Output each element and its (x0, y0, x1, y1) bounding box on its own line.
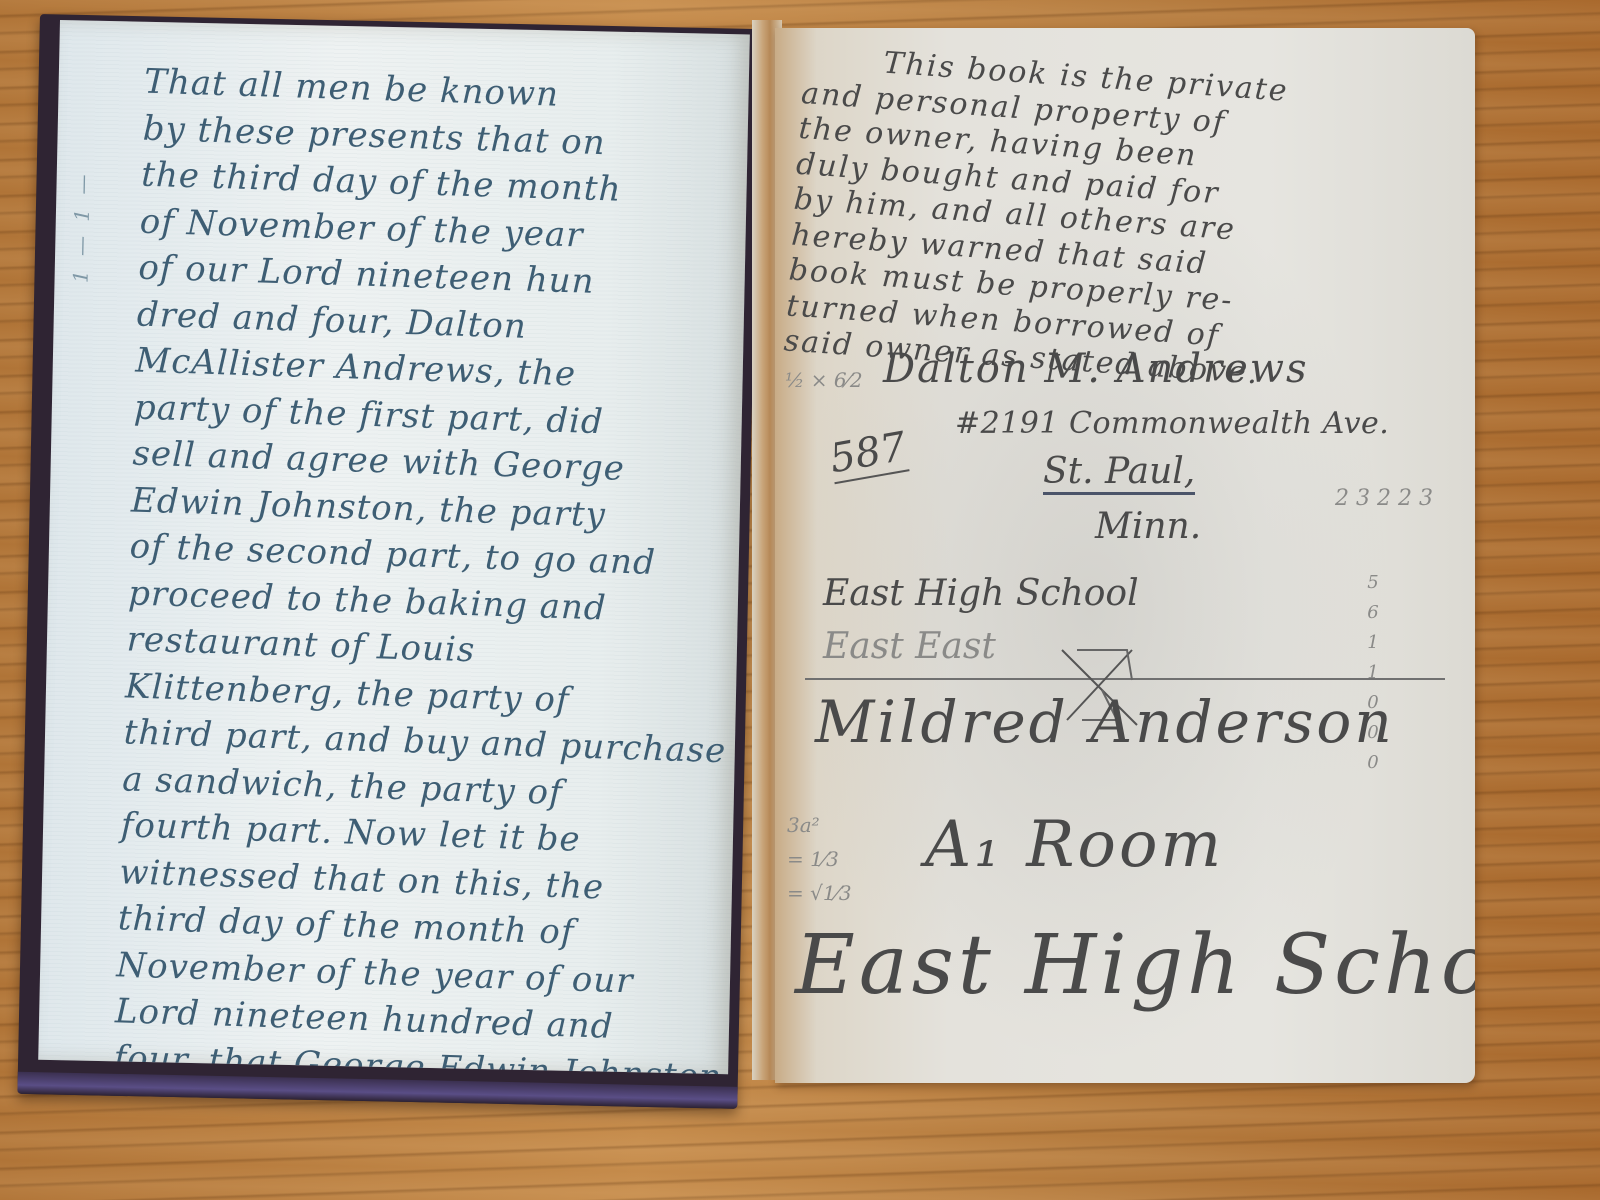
margin-tally: 5 6 1 1 0 0 0 (1353, 568, 1393, 778)
right-page: This book is the private and personal pr… (775, 28, 1475, 1083)
tally-mark: 0 (1353, 748, 1393, 778)
signature: Mildred Anderson (815, 688, 1395, 756)
address-street: #2191 Commonwealth Ave. (955, 406, 1389, 441)
left-margin-note: 1 — 1 — (68, 170, 94, 283)
math-notes: 3a² = 1⁄3 = √1⁄3 (787, 808, 852, 910)
tally-mark: 1 (1353, 658, 1393, 688)
left-page: 1 — 1 — That all men be known by these p… (38, 20, 750, 1074)
address-state: Minn. (1095, 506, 1201, 547)
tally-mark: 5 (1353, 568, 1393, 598)
tally-mark: 0 (1353, 688, 1393, 718)
math-line: = √1⁄3 (787, 876, 852, 910)
address-city: St. Paul, (1043, 452, 1195, 495)
school-line-1: East High School (823, 573, 1139, 614)
tally-mark: 1 (1353, 628, 1393, 658)
small-numbers: 2 3 2 2 3 (1335, 486, 1433, 511)
room-label: A₁ Room (925, 808, 1224, 882)
math-line: = 1⁄3 (787, 842, 852, 876)
open-notebook: 1 — 1 — That all men be known by these p… (0, 0, 1600, 1200)
left-page-text: That all men be known by these presents … (110, 59, 744, 1075)
tally-mark: 0 (1353, 718, 1393, 748)
school-name-large: East High School (795, 918, 1475, 1013)
fraction-note: ½ × 6⁄2 (785, 368, 863, 392)
owner-name: Dalton M. Andrews (883, 346, 1309, 392)
tally-mark: 6 (1353, 598, 1393, 628)
school-line-2: East East (823, 626, 996, 667)
boxed-number: 587 (826, 424, 910, 485)
math-line: 3a² (787, 808, 852, 842)
